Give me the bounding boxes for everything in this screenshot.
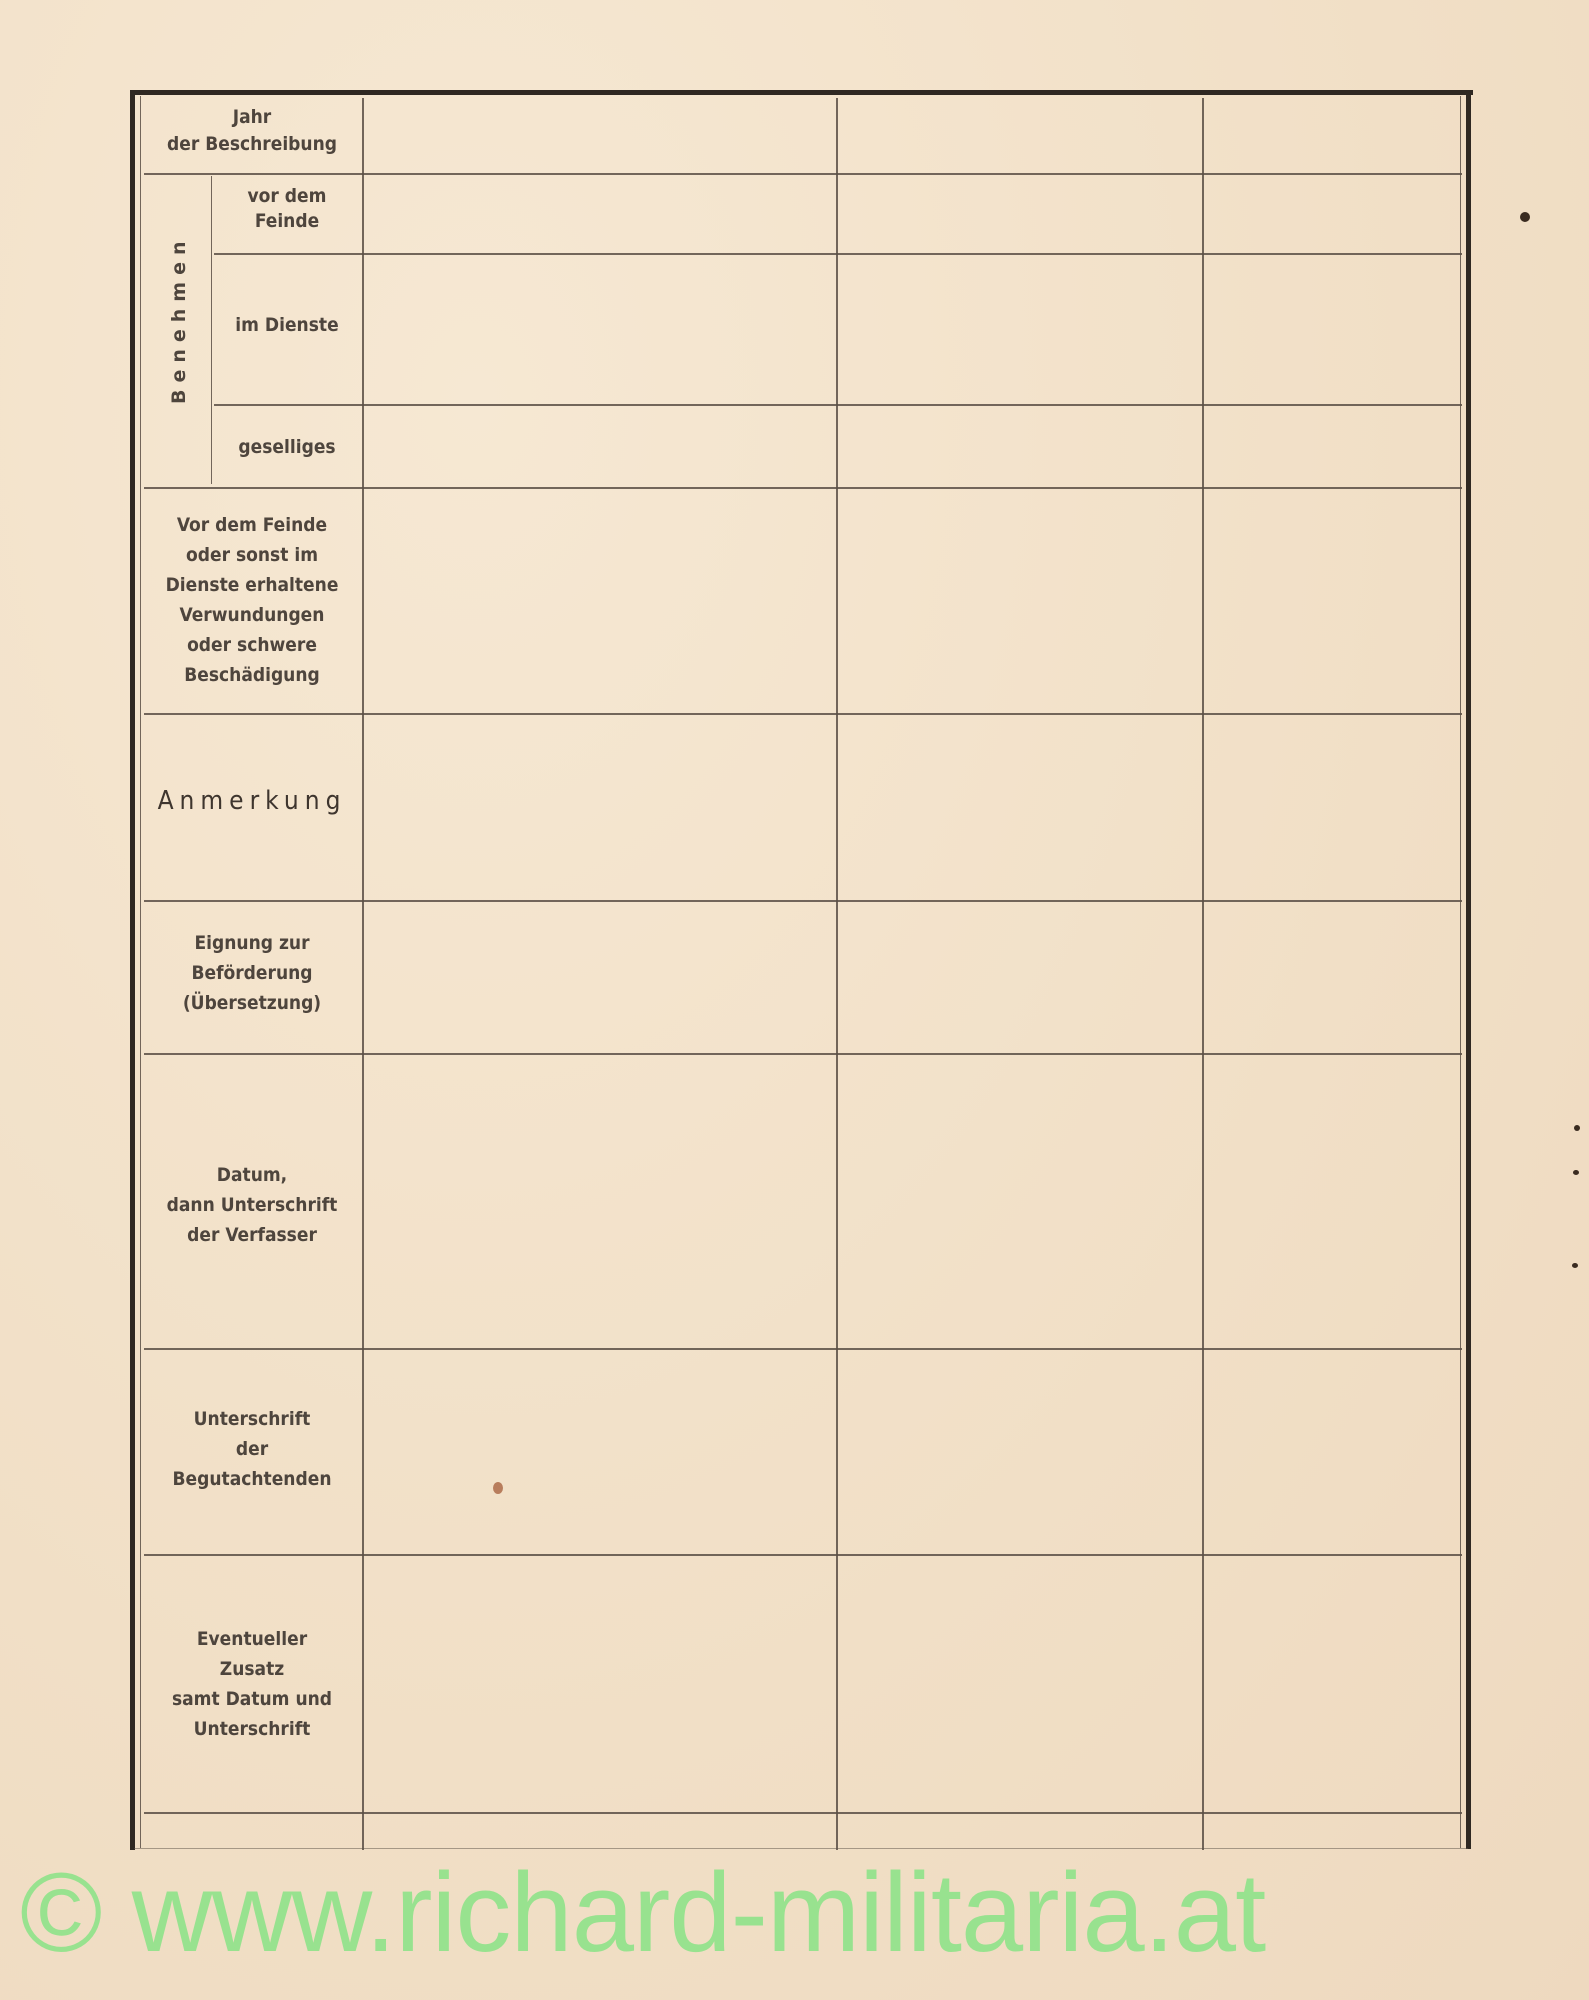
label-line: der Verfasser xyxy=(144,1220,360,1250)
label-line: (Übersetzung) xyxy=(144,988,360,1018)
inner-left-rule xyxy=(140,96,141,1848)
label-line: Zusatz xyxy=(144,1654,360,1684)
table-right-border xyxy=(1466,94,1471,1849)
behavior-group-divider xyxy=(211,176,212,484)
label-line: Vor dem Feinde xyxy=(144,510,360,540)
label-line: vor dem xyxy=(214,184,360,209)
row-rule-dienste xyxy=(214,404,1462,406)
label-line: dann Unterschrift xyxy=(144,1190,360,1220)
column-divider-2 xyxy=(836,98,838,1850)
label-line: Beförderung xyxy=(144,958,360,988)
remark-label: Anmerkung xyxy=(144,786,360,816)
label-line: Begutachtenden xyxy=(144,1464,360,1494)
label-line: oder schwere xyxy=(144,630,360,660)
row-rule-wounds xyxy=(144,713,1462,715)
label-line: oder sonst im xyxy=(144,540,360,570)
reviewer-signature-label: Unterschrift der Begutachtenden xyxy=(144,1404,360,1494)
label-line: Eignung zur xyxy=(144,928,360,958)
row-rule-header xyxy=(144,173,1462,175)
wounds-label: Vor dem Feinde oder sonst im Dienste erh… xyxy=(144,510,360,690)
label-line: samt Datum und xyxy=(144,1684,360,1714)
column-divider-1 xyxy=(362,98,364,1850)
paper-stain xyxy=(1572,1263,1578,1268)
row-rule-date-sign xyxy=(144,1348,1462,1350)
row-rule-feinde xyxy=(214,253,1462,255)
inner-right-rule xyxy=(1460,96,1461,1848)
label-line: Verwundungen xyxy=(144,600,360,630)
column-divider-3 xyxy=(1202,98,1204,1850)
paper-stain xyxy=(493,1482,503,1494)
table-left-border xyxy=(130,90,135,1850)
label-line: Unterschrift xyxy=(144,1404,360,1434)
behavior-social-label: geselliges xyxy=(214,432,360,462)
label-line: Jahr xyxy=(144,104,360,131)
row-rule-reviewer xyxy=(144,1554,1462,1556)
label-line: geselliges xyxy=(214,432,360,462)
behavior-group-label: Benehmen xyxy=(168,254,190,404)
paper-stain xyxy=(1574,1125,1580,1131)
copyright-watermark: © www.richard-militaria.at xyxy=(20,1848,1265,1977)
row-rule-note xyxy=(144,900,1462,902)
label-line: Datum, xyxy=(144,1160,360,1190)
promotion-suitability-label: Eignung zur Beförderung (Übersetzung) xyxy=(144,928,360,1018)
label-line: im Dienste xyxy=(214,310,360,340)
table-top-border xyxy=(133,90,1473,95)
label-line: Dienste erhaltene xyxy=(144,570,360,600)
label-line: Unterschrift xyxy=(144,1714,360,1744)
row-rule-behavior xyxy=(144,487,1462,489)
paper-stain xyxy=(1573,1170,1579,1175)
date-author-signature-label: Datum, dann Unterschrift der Verfasser xyxy=(144,1160,360,1250)
row-rule-addendum xyxy=(144,1812,1462,1814)
label-line: Beschädigung xyxy=(144,660,360,690)
label-line: der xyxy=(144,1434,360,1464)
behavior-in-service-label: im Dienste xyxy=(214,310,360,340)
paper-stain xyxy=(1520,212,1530,222)
label-line: Feinde xyxy=(214,209,360,234)
year-of-description-label: Jahr der Beschreibung xyxy=(144,104,360,158)
row-rule-promotion xyxy=(144,1053,1462,1055)
label-line: Eventueller xyxy=(144,1624,360,1654)
behavior-before-enemy-label: vor dem Feinde xyxy=(214,184,360,234)
addendum-label: Eventueller Zusatz samt Datum und Unters… xyxy=(144,1624,360,1744)
label-line: der Beschreibung xyxy=(144,131,360,158)
label-line: Anmerkung xyxy=(144,786,360,816)
